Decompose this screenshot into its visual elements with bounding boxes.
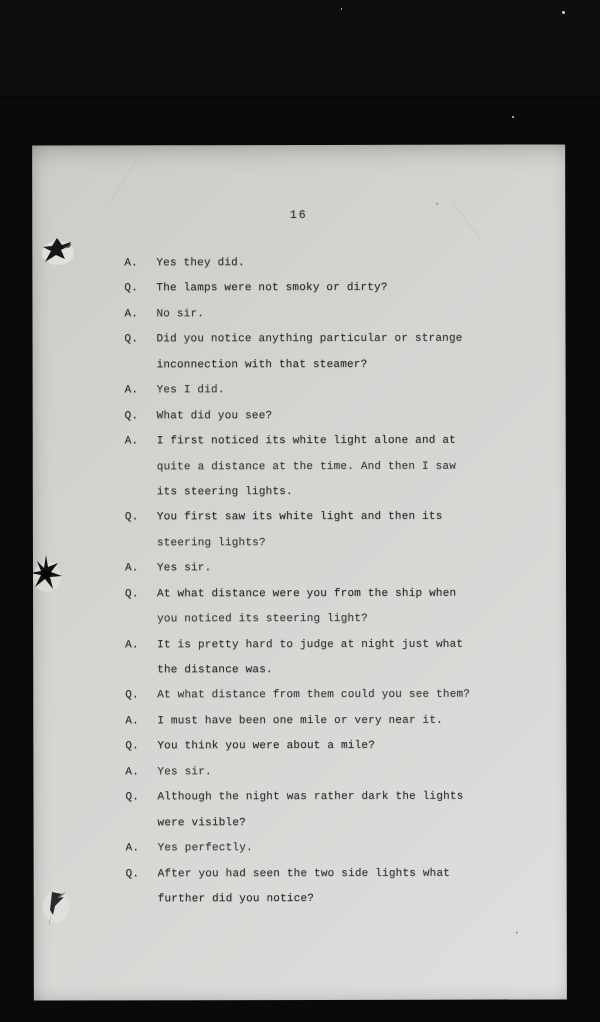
speaker-label: A. [125, 639, 157, 652]
line-text: I first noticed its white light alone an… [157, 435, 456, 449]
speaker-label: Q. [124, 334, 156, 347]
transcript-row: A.Yes sir. [125, 562, 555, 588]
transcript-row: A.I first noticed its white light alone … [125, 435, 555, 461]
transcript-row: inconnection with that steamer? [125, 358, 555, 384]
speaker-label: A. [125, 715, 157, 728]
line-text: What did you see? [157, 410, 273, 423]
transcript-row: Q.At what distance from them could you s… [125, 689, 555, 715]
speaker-label: A. [124, 308, 156, 321]
transcript-row: Q.Did you notice anything particular or … [124, 333, 554, 359]
transcript-row: further did you notice? [126, 892, 556, 918]
dust-speck [562, 11, 565, 14]
speaker-label: Q. [125, 512, 157, 525]
dust-speck [512, 116, 514, 118]
transcript-row: A.Yes they did. [124, 256, 554, 282]
line-text: Yes I did. [157, 384, 225, 397]
transcript-row: Q.After you had seen the two side lights… [126, 867, 556, 893]
line-text: quite a distance at the time. And then I… [157, 460, 456, 474]
line-text: the distance was. [157, 664, 273, 677]
speaker-label: Q. [125, 410, 157, 423]
ink-blot-bottom [38, 882, 74, 940]
speaker-label: A. [124, 257, 156, 270]
line-text: You think you were about a mile? [157, 740, 375, 753]
speaker-label: A. [125, 384, 157, 397]
transcript-row: Q.The lamps were not smoky or dirty? [124, 282, 554, 308]
ink-blot-middle [27, 549, 69, 605]
line-text: further did you notice? [158, 893, 314, 906]
transcript-row: Q.What did you see? [125, 409, 555, 435]
transcript-row: A.I must have been one mile or very near… [125, 714, 555, 740]
line-text: its steering lights. [157, 486, 293, 499]
line-text: You first saw its white light and then i… [157, 511, 443, 525]
speaker-label: Q. [125, 741, 157, 754]
ink-blot-top [36, 230, 80, 274]
line-text: Although the night was rather dark the l… [157, 791, 463, 805]
line-text: you noticed its steering light? [157, 613, 368, 626]
line-text: No sir. [156, 308, 204, 321]
transcript-row: Q.At what distance were you from the shi… [125, 587, 555, 613]
transcript-row: its steering lights. [125, 485, 555, 511]
transcript-row: A.No sir. [124, 307, 554, 333]
scan-backdrop-seam [0, 96, 600, 99]
transcript-row: quite a distance at the time. And then I… [125, 460, 555, 486]
transcript-row: Q.You first saw its white light and then… [125, 511, 555, 537]
transcript-row: A.Yes I did. [125, 384, 555, 410]
transcript: A.Yes they did. Q.The lamps were not smo… [124, 256, 555, 918]
transcript-row: A.Yes perfectly. [126, 842, 556, 868]
speaker-label: Q. [125, 791, 157, 804]
line-text: Yes sir. [157, 562, 211, 575]
line-text: steering lights? [157, 537, 266, 550]
speaker-label: A. [126, 842, 158, 855]
line-text: Did you notice anything particular or st… [156, 333, 462, 347]
dust-speck [341, 8, 342, 10]
paper-page: 16 A.Yes they did. Q.The lamps were not … [32, 144, 567, 1000]
line-text: inconnection with that steamer? [157, 359, 368, 372]
transcript-row: A.It is pretty hard to judge at night ju… [125, 638, 555, 664]
speaker-label: Q. [126, 868, 158, 881]
line-text: At what distance from them could you see… [157, 689, 470, 703]
line-text: At what distance were you from the ship … [157, 587, 456, 601]
page-number: 16 [32, 208, 565, 222]
transcript-row: steering lights? [125, 536, 555, 562]
paper-crease [109, 151, 143, 204]
line-text: Yes perfectly. [158, 842, 253, 855]
line-text: Yes they did. [156, 257, 244, 270]
transcript-row: Q.You think you were about a mile? [125, 740, 555, 766]
transcript-row: Q.Although the night was rather dark the… [125, 791, 555, 817]
line-text: I must have been one mile or very near i… [157, 715, 443, 729]
speaker-label: Q. [124, 283, 156, 296]
speaker-label: A. [125, 563, 157, 576]
scanned-document: 16 A.Yes they did. Q.The lamps were not … [0, 0, 600, 1022]
line-text: The lamps were not smoky or dirty? [156, 282, 387, 295]
line-text: were visible? [158, 817, 246, 830]
line-text: Yes sir. [157, 766, 211, 779]
transcript-row: A.Yes sir. [125, 765, 555, 791]
transcript-row: you noticed its steering light? [125, 613, 555, 639]
speaker-label: Q. [125, 690, 157, 703]
paper-speck [516, 932, 518, 934]
transcript-row: were visible? [126, 816, 556, 842]
paper-speck [436, 203, 438, 205]
scan-backdrop-band [0, 0, 600, 96]
speaker-label: Q. [125, 588, 157, 601]
transcript-row: the distance was. [125, 663, 555, 689]
line-text: After you had seen the two side lights w… [158, 867, 450, 881]
speaker-label: A. [125, 435, 157, 448]
line-text: It is pretty hard to judge at night just… [157, 638, 463, 652]
speaker-label: A. [125, 766, 157, 779]
